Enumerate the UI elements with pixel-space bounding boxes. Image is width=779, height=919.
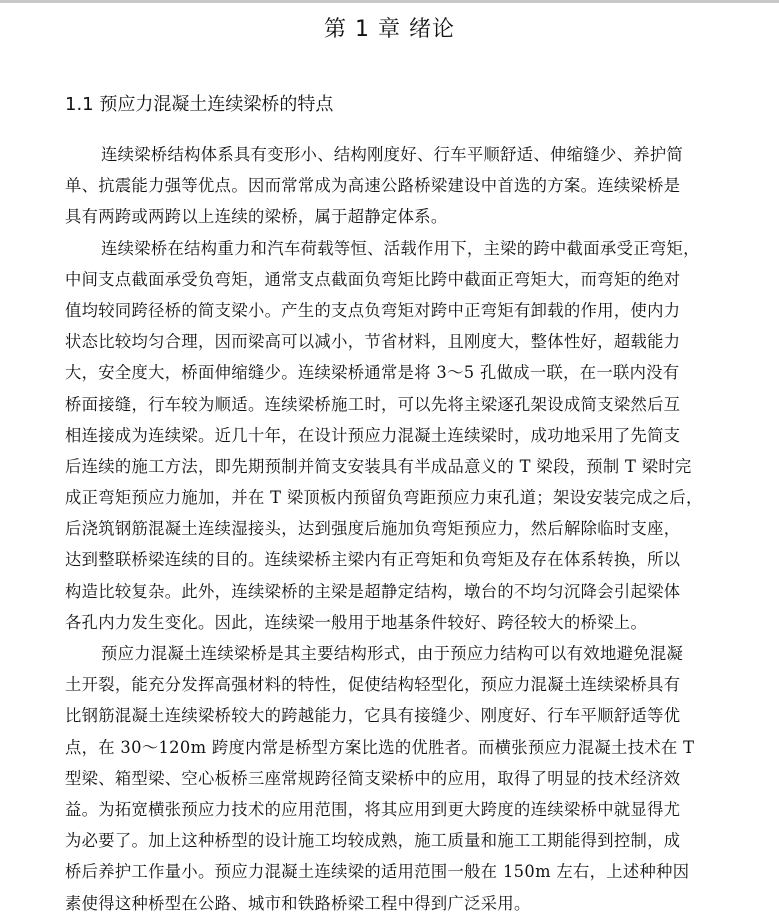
text-line: 成正弯矩预应力施加，并在 T 梁顶板内预留负弯距预应力束孔道；架设安装完成之后， [65,482,745,513]
text-line: 连续梁桥结构体系具有变形小、结构刚度好、行车平顺舒适、伸缩缝少、养护简 [65,139,745,170]
text-line: 预应力混凝土连续梁桥是其主要结构形式，由于预应力结构可以有效地避免混凝 [65,638,745,669]
text-line: 土开裂，能充分发挥高强材料的特性，促使结构轻型化，预应力混凝土连续梁桥具有 [65,669,745,700]
text-line: 中间支点截面承受负弯矩，通常支点截面负弯矩比跨中截面正弯矩大，而弯矩的绝对 [65,264,745,295]
body-text: 连续梁桥结构体系具有变形小、结构刚度好、行车平顺舒适、伸缩缝少、养护简 单、抗震… [65,139,745,919]
section-title: 1.1 预应力混凝土连续梁桥的特点 [65,90,333,116]
text-line: 后连续的施工方法，即先期预制并简支安装具有半成品意义的 T 梁段，预制 T 梁时… [65,451,745,482]
text-line: 点，在 30～120m 跨度内常是桥型方案比选的优胜者。而横张预应力混凝土技术在… [65,732,745,763]
text-line: 益。为拓宽横张预应力技术的应用范围，将其应用到更大跨度的连续梁桥中就显得尤 [65,794,745,825]
text-line: 桥面接缝，行车较为顺适。连续梁桥施工时，可以先将主梁逐孔架设成简支梁然后互 [65,389,745,420]
text-line: 达到整联桥梁连续的目的。连续梁桥主梁内有正弯矩和负弯矩及存在体系转换，所以 [65,544,745,575]
text-line: 具有两跨或两跨以上连续的梁桥，属于超静定体系。 [65,201,745,232]
page-top-border [0,0,779,3]
text-line: 为必要了。加上这种桥型的设计施工均较成熟，施工质量和施工工期能得到控制，成 [65,825,745,856]
text-line: 比钢筋混凝土连续梁桥较大的跨越能力，它具有接缝少、刚度好、行车平顺舒适等优 [65,700,745,731]
text-line: 各孔内力发生变化。因此，连续梁一般用于地基条件较好、跨径较大的桥梁上。 [65,607,745,638]
chapter-title: 第 1 章 绪论 [0,12,779,43]
text-line: 构造比较复杂。此外，连续梁桥的主梁是超静定结构，墩台的不均匀沉降会引起梁体 [65,576,745,607]
text-line: 连续梁桥在结构重力和汽车荷载等恒、活载作用下，主梁的跨中截面承受正弯矩， [65,233,745,264]
text-line: 型梁、箱型梁、空心板桥三座常规跨径简支梁桥中的应用，取得了明显的技术经济效 [65,763,745,794]
paragraph-3: 预应力混凝土连续梁桥是其主要结构形式，由于预应力结构可以有效地避免混凝 土开裂，… [65,638,745,919]
text-line: 后浇筑钢筋混凝土连续湿接头，达到强度后施加负弯矩预应力，然后解除临时支座， [65,513,745,544]
text-line: 状态比较均匀合理，因而梁高可以减小，节省材料，且刚度大，整体性好，超载能力 [65,326,745,357]
text-line: 素使得这种桥型在公路、城市和铁路桥梁工程中得到广泛采用。 [65,888,745,919]
text-line: 相连接成为连续梁。近几十年，在设计预应力混凝土连续梁时，成功地采用了先简支 [65,420,745,451]
text-line: 单、抗震能力强等优点。因而常常成为高速公路桥梁建设中首选的方案。连续梁桥是 [65,170,745,201]
text-line: 值均较同跨径桥的简支梁小。产生的支点负弯矩对跨中正弯矩有卸载的作用，使内力 [65,295,745,326]
text-line: 桥后养护工作量小。预应力混凝土连续梁的适用范围一般在 150m 左右，上述种种因 [65,856,745,887]
text-line: 大，安全度大，桥面伸缩缝少。连续梁桥通常是将 3～5 孔做成一联，在一联内没有 [65,357,745,388]
paragraph-1: 连续梁桥结构体系具有变形小、结构刚度好、行车平顺舒适、伸缩缝少、养护简 单、抗震… [65,139,745,233]
paragraph-2: 连续梁桥在结构重力和汽车荷载等恒、活载作用下，主梁的跨中截面承受正弯矩， 中间支… [65,233,745,638]
